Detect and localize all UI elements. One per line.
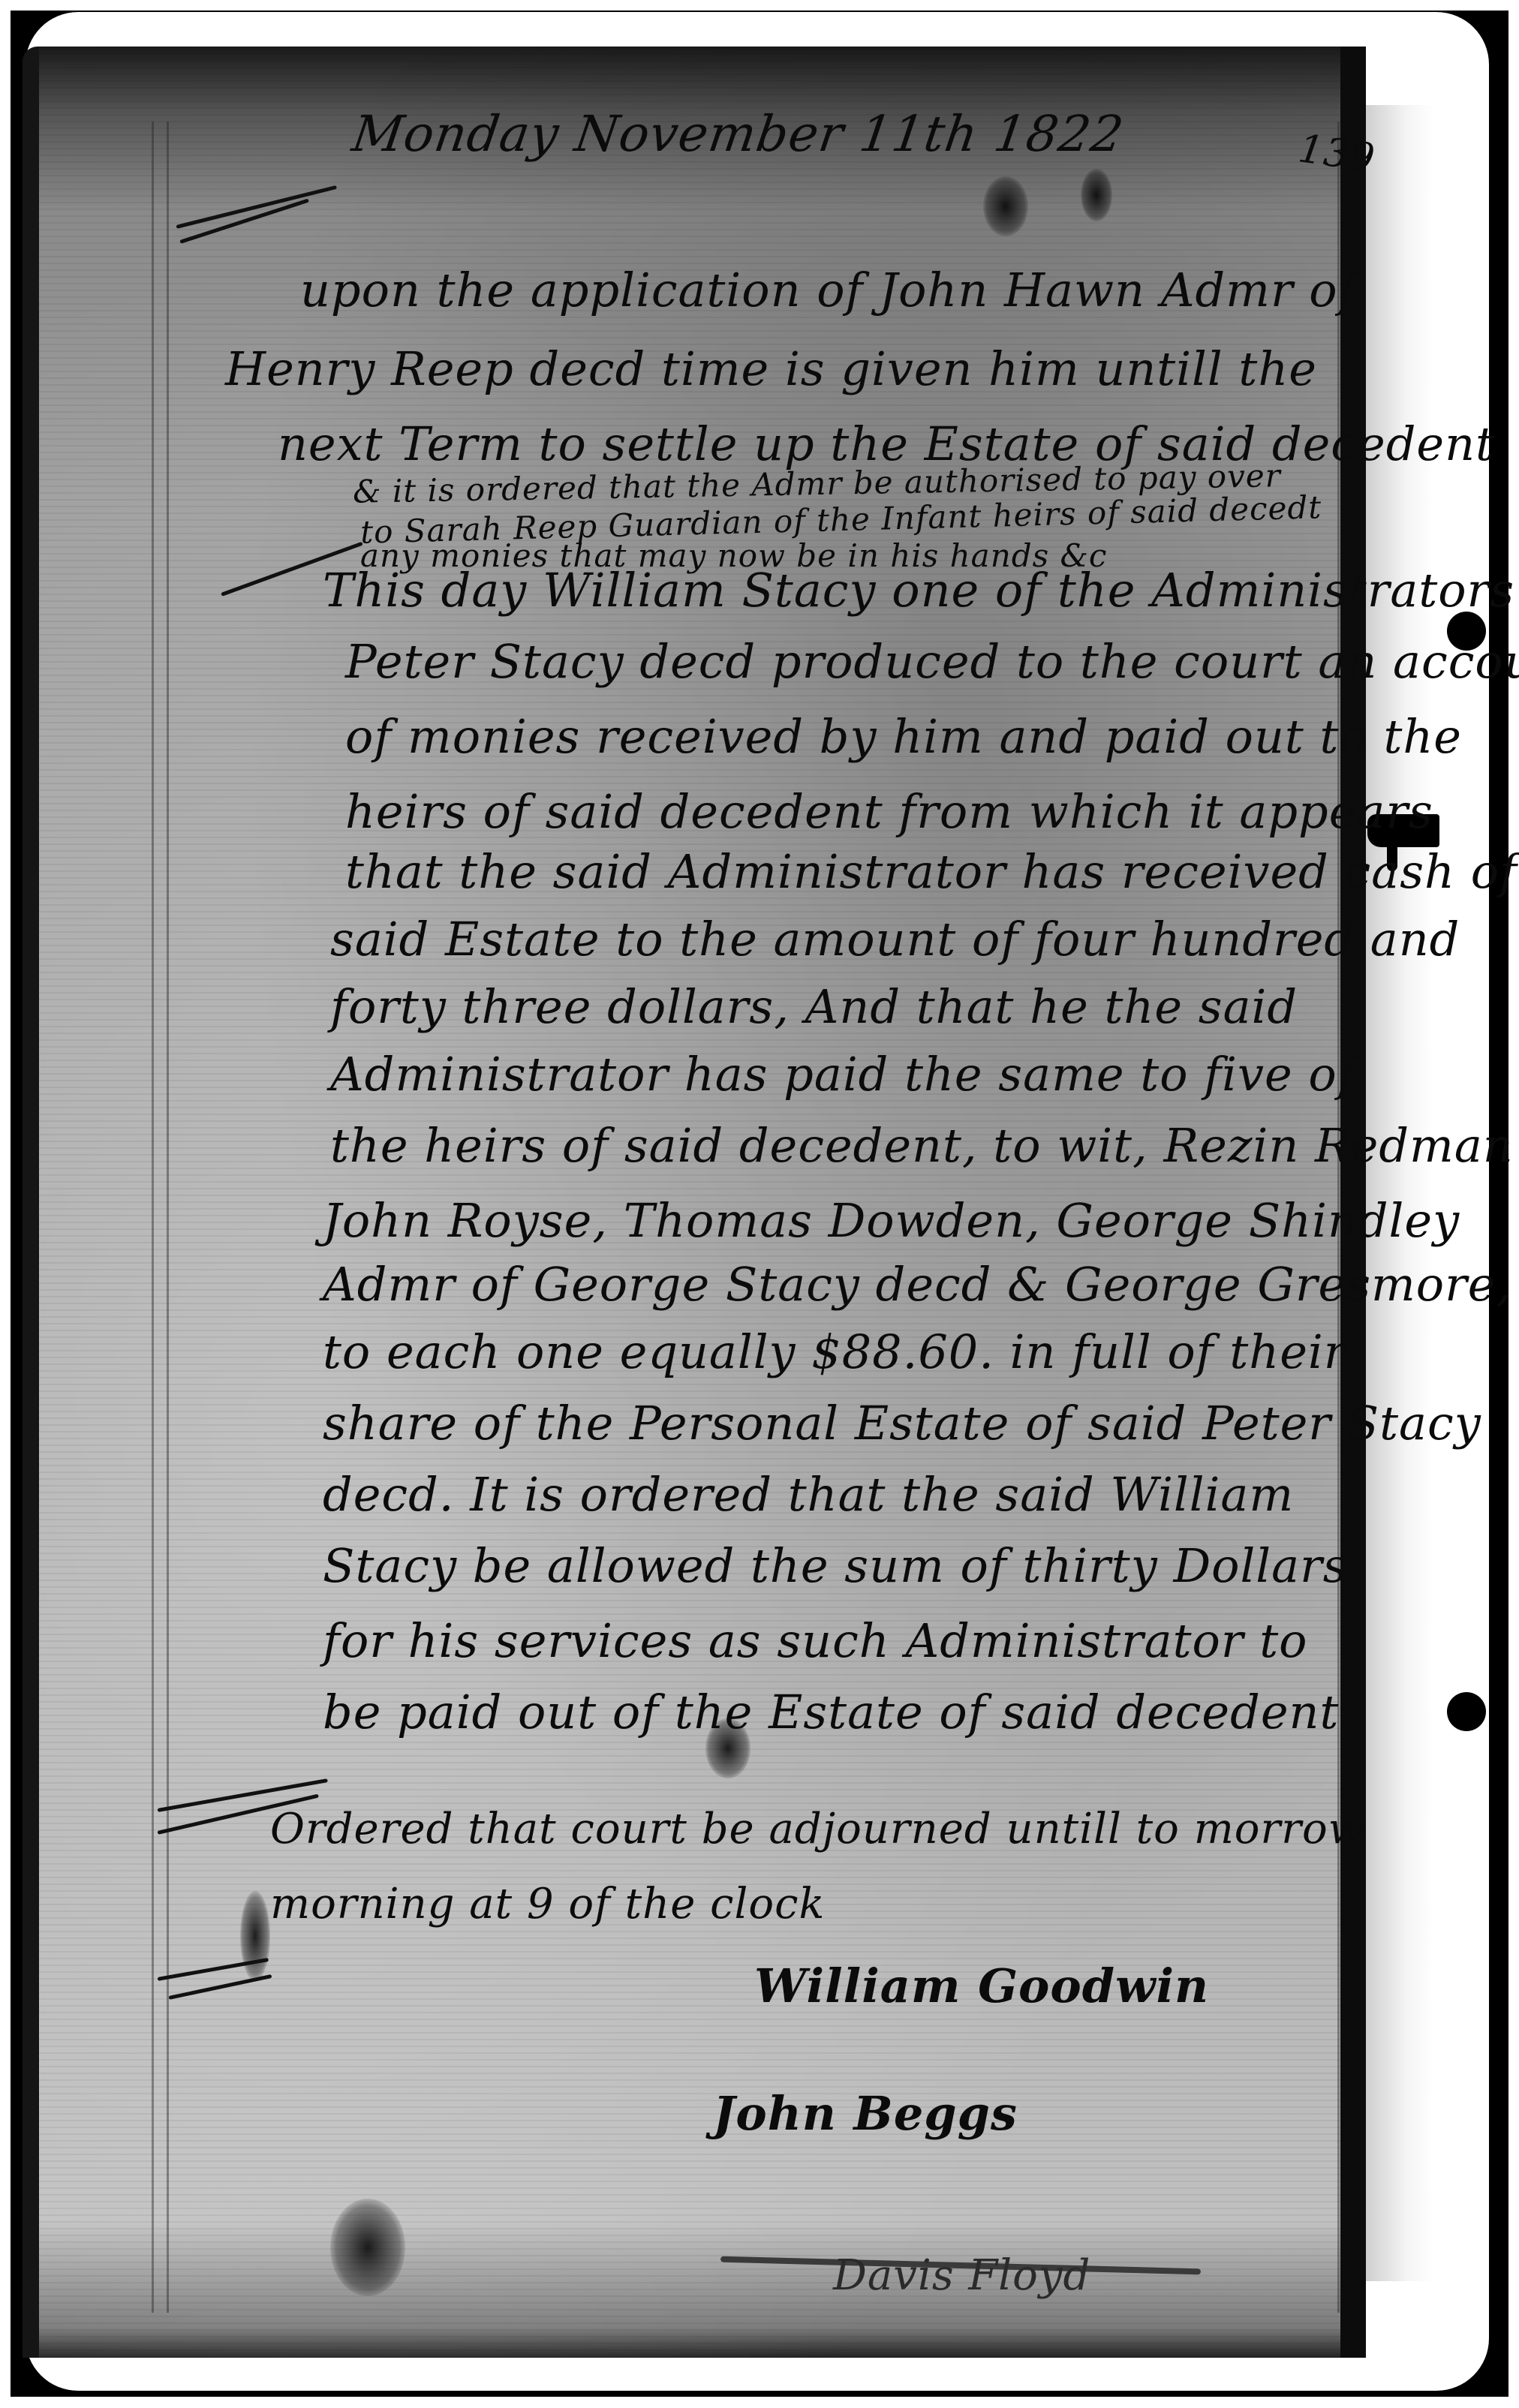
entry-2-line-9: the heirs of said decedent, to wit, Rezi…	[330, 1118, 1514, 1173]
entry-2-line-11: Admr of George Stacy decd & George Gresm…	[323, 1257, 1511, 1312]
ink-blot	[1081, 169, 1112, 221]
entry-2-line-8: Administrator has paid the same to five …	[330, 1047, 1355, 1102]
entry-2-line-1: This day William Stacy one of the Admini…	[323, 563, 1519, 618]
entry-1-line-2: Henry Reep decd time is given him untill…	[225, 341, 1317, 396]
entry-2-line-5: that the said Administrator has received…	[345, 844, 1517, 899]
entry-1-line-1: upon the application of John Hawn Admr o…	[300, 263, 1356, 317]
entry-2-line-7: forty three dollars, And that he the sai…	[330, 979, 1298, 1034]
margin-rule-left-double	[167, 122, 169, 2313]
entry-3-line-1: Ordered that court be adjourned untill t…	[270, 1805, 1365, 1853]
entry-2-line-16: for his services as such Administrator t…	[323, 1613, 1307, 1668]
ink-blot	[983, 176, 1028, 236]
entry-2-line-14: decd. It is ordered that the said Willia…	[323, 1467, 1294, 1522]
entry-2-line-6: said Estate to the amount of four hundre…	[330, 912, 1460, 967]
page-heading-date: Monday November 11th 1822	[349, 105, 1128, 163]
entry-2-line-12: to each one equally $88.60. in full of t…	[323, 1324, 1346, 1379]
ink-blot	[330, 2199, 405, 2296]
signature-1: William Goodwin	[754, 1959, 1209, 2013]
entry-2-line-17: be paid out of the Estate of said decede…	[323, 1685, 1339, 1739]
signature-3: Davis Floyd	[833, 2251, 1090, 2300]
entry-3-line-2: morning at 9 of the clock	[270, 1880, 825, 1929]
entry-2-line-4: heirs of said decedent from which it app…	[345, 784, 1433, 839]
ink-blot	[240, 1891, 270, 1981]
entry-2-line-10: John Royse, Thomas Dowden, George Shindl…	[323, 1193, 1460, 1248]
signature-2: John Beggs	[713, 2086, 1018, 2141]
entry-2-line-13: share of the Personal Estate of said Pet…	[323, 1396, 1481, 1451]
entry-2-line-3: of monies received by him and paid out t…	[345, 709, 1462, 764]
margin-rule-left	[152, 122, 154, 2313]
punch-hole-lower	[1447, 1692, 1486, 1731]
entry-2-line-2: Peter Stacy decd produced to the court a…	[345, 634, 1519, 689]
entry-1-line-3: next Term to settle up the Estate of sai…	[278, 416, 1495, 471]
entry-2-line-15: Stacy be allowed the sum of thirty Dolla…	[323, 1538, 1348, 1593]
